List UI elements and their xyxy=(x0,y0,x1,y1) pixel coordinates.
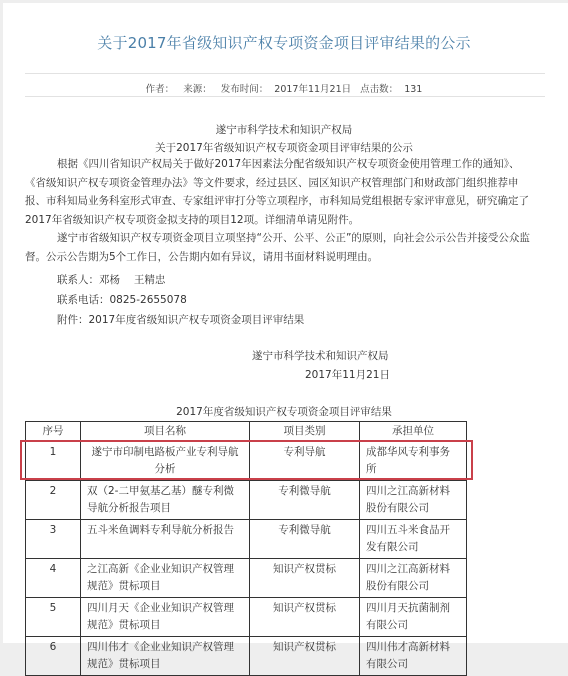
paragraph-principle: 遂宁市省级知识产权专项资金项目立项坚持“公开、公平、公正”的原则，向社会公示公告… xyxy=(25,229,530,266)
cell-index: 3 xyxy=(26,520,81,559)
cell-organization: 四川伟才高新材料有限公司 xyxy=(360,637,467,641)
publish-date: 2017年11月21日 xyxy=(274,84,351,95)
results-table: 序号 项目名称 项目类别 承担单位 1 遂宁市印制电路板产业专利导航分析 专利导… xyxy=(25,421,467,640)
cell-category: 专利导航 xyxy=(250,442,360,481)
table-row: 2 双（2-二甲氨基乙基）醚专利微导航分析报告项目 专利微导航 四川之江高新材料… xyxy=(26,481,467,520)
header-subject: 关于2017年省级知识产权专项资金项目评审结果的公示 xyxy=(0,140,568,155)
source-label: 来源： xyxy=(183,84,212,95)
cell-category: 知识产权贯标 xyxy=(250,637,360,641)
article-meta: 作者： 来源： 发布时间：2017年11月21日 点击数：131 xyxy=(0,81,568,95)
author-label: 作者： xyxy=(146,84,175,95)
paragraph-basis: 根据《四川省知识产权局关于做好2017年因素法分配省级知识产权专项资金使用管理工… xyxy=(25,155,530,229)
cell-organization: 四川之江高新材料股份有限公司 xyxy=(360,481,467,520)
cell-project-name: 遂宁市印制电路板产业专利导航分析 xyxy=(81,442,250,481)
cell-index: 4 xyxy=(26,559,81,598)
table-row: 3 五斗米鱼调料专利导航分析报告 专利微导航 四川五斗米食品开发有限公司 xyxy=(26,520,467,559)
cell-category: 知识产权贯标 xyxy=(250,559,360,598)
cell-organization: 四川之江高新材料股份有限公司 xyxy=(360,559,467,598)
cell-category: 专利微导航 xyxy=(250,481,360,520)
publish-label: 发布时间： xyxy=(221,84,269,95)
cell-index: 1 xyxy=(26,442,81,481)
signature-date: 2017年11月21日 xyxy=(305,367,390,382)
cell-project-name: 四川伟才《企业业知识产权管理规范》贯标项目 xyxy=(81,637,250,641)
divider-bottom xyxy=(25,96,545,97)
table-row: 4 之江高新《企业业知识产权管理规范》贯标项目 知识产权贯标 四川之江高新材料股… xyxy=(26,559,467,598)
cell-project-name: 五斗米鱼调料专利导航分析报告 xyxy=(81,520,250,559)
cell-project-name: 四川月天《企业业知识产权管理规范》贯标项目 xyxy=(81,598,250,637)
attachment-link[interactable]: 附件：2017年度省级知识产权专项资金项目评审结果 xyxy=(57,312,304,327)
cell-project-name: 双（2-二甲氨基乙基）醚专利微导航分析报告项目 xyxy=(81,481,250,520)
signature-org: 遂宁市科学技术和知识产权局 xyxy=(252,348,389,363)
table-header-row: 序号 项目名称 项目类别 承担单位 xyxy=(26,422,467,442)
cell-index: 6 xyxy=(26,637,81,641)
header-org: 遂宁市科学技术和知识产权局 xyxy=(0,122,568,137)
cell-index: 5 xyxy=(26,598,81,637)
table-row: 6 四川伟才《企业业知识产权管理规范》贯标项目 知识产权贯标 四川伟才高新材料有… xyxy=(26,637,467,641)
cell-index: 2 xyxy=(26,481,81,520)
cell-organization: 四川月天抗菌制剂有限公司 xyxy=(360,598,467,637)
clicks-label: 点击数： xyxy=(360,84,398,95)
article-title: 关于2017年省级知识产权专项资金项目评审结果的公示 xyxy=(0,32,568,53)
divider-top xyxy=(25,73,545,74)
header-category: 项目类别 xyxy=(250,422,360,442)
cell-organization: 四川五斗米食品开发有限公司 xyxy=(360,520,467,559)
contact-person: 联系人：邓杨 王精忠 xyxy=(57,272,165,287)
table-caption: 2017年度省级知识产权专项资金项目评审结果 xyxy=(0,404,568,419)
table-row: 1 遂宁市印制电路板产业专利导航分析 专利导航 成都华风专利事务所 xyxy=(26,442,467,481)
cell-category: 知识产权贯标 xyxy=(250,598,360,637)
cell-organization: 成都华风专利事务所 xyxy=(360,442,467,481)
header-index: 序号 xyxy=(26,422,81,442)
header-project-name: 项目名称 xyxy=(81,422,250,442)
header-organization: 承担单位 xyxy=(360,422,467,442)
cell-project-name: 之江高新《企业业知识产权管理规范》贯标项目 xyxy=(81,559,250,598)
contact-phone: 联系电话：0825-2655078 xyxy=(57,292,187,307)
table-row: 5 四川月天《企业业知识产权管理规范》贯标项目 知识产权贯标 四川月天抗菌制剂有… xyxy=(26,598,467,637)
cell-category: 专利微导航 xyxy=(250,520,360,559)
click-count: 131 xyxy=(404,84,422,95)
